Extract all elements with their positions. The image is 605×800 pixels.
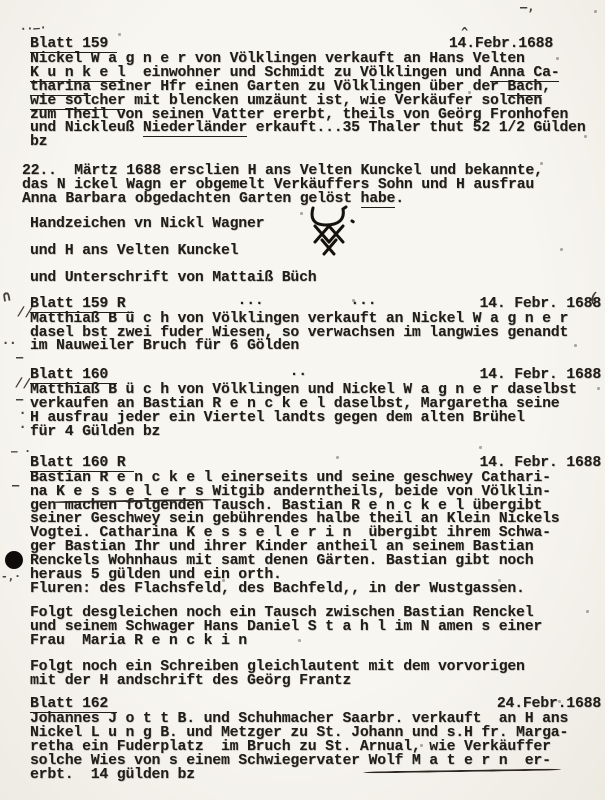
record-date: 14. Febr. 1688 <box>479 298 601 312</box>
pencil-dash-2: – <box>16 393 23 405</box>
document-text: Blatt 15914.Febr.1688Nickel W a g n e r … <box>30 38 601 783</box>
text-segment: für 4 Gülden bz <box>30 424 160 440</box>
pencil-dot-2: · <box>19 421 26 433</box>
text-line: mit der H andschrift des Geörg Frantz <box>30 675 601 689</box>
paragraph: Nickel W a g n e r von Völklingen verkau… <box>30 53 601 150</box>
paragraph: Matthiaß B ü c h von Völklingen verkauft… <box>30 313 601 355</box>
scan-speck <box>594 10 597 13</box>
pencil-arc: ∩ <box>1 288 12 304</box>
text-segment: K e s s e l e r s <box>56 484 204 500</box>
signature-text: und Unterschrift von Mattaiß Büch <box>30 270 316 286</box>
record-date: 14.Febr.1688 <box>449 38 553 52</box>
pencil-dash-4: – <box>12 479 19 491</box>
text-segment: erbt. 14 gülden bz <box>30 767 195 783</box>
text-segment: Fluren: des Flachsfeld, des Bachfeld,, i… <box>30 581 525 597</box>
text-segment: Wolf M a t e r n er- <box>369 753 551 769</box>
text-segment: Frau Maria R e n c k i n <box>30 633 247 649</box>
pencil-scribble-top-left: ··–· <box>20 22 47 35</box>
text-line: Frau Maria R e n c k i n <box>30 635 601 649</box>
hole-punch-mark <box>5 551 23 569</box>
pencil-dash-top-right: –‚ <box>520 1 534 13</box>
record-date: 14. Febr. 1688 <box>479 457 601 471</box>
signature-line: und Unterschrift von Mattaiß Büch <box>30 272 601 286</box>
scanned-document-page: ··–·–‚^∩//··–//–··– ·–(-‚· Blatt 15914.F… <box>0 0 605 800</box>
text-line: bz <box>30 136 601 150</box>
signature-line: und H ans Velten Kunckel <box>30 245 601 259</box>
text-segment: mit der H andschrift des Geörg Frantz <box>30 673 351 689</box>
handwritten-double-x-mark <box>312 222 348 258</box>
heading-pencil-dots: ··· ··· <box>134 298 479 312</box>
text-segment: habe <box>361 191 396 208</box>
text-line: im Nauweiler Bruch für 6 Gölden <box>30 340 601 354</box>
scan-speck <box>118 33 121 36</box>
text-line: Fluren: des Flachsfeld, des Bachfeld,, i… <box>30 583 601 597</box>
pencil-dash-3: – · <box>11 446 31 457</box>
paragraph: 22.. Märtz 1688 ersclien H ans Velten Ku… <box>22 165 601 207</box>
signature-block: Handzeichen vn Nickl Wagnerund H ans Vel… <box>30 218 601 286</box>
pencil-marks-below-hole: -‚· <box>1 571 21 582</box>
text-segment: bz <box>30 134 47 150</box>
paragraph: Folgt noch ein Schreiben gleichlautent m… <box>30 661 601 689</box>
pencil-dots-left: ·· <box>2 337 16 349</box>
slash-mark-blatt160: // <box>14 376 31 391</box>
paragraph: Matthiaß B ü c h von Völklingen und Nick… <box>30 384 601 440</box>
text-segment: erkauft...35 Thaler thut 52 1/2 Gülden <box>247 120 586 136</box>
pencil-dash-1: – <box>16 351 23 363</box>
paragraph: Folgt desgleichen noch ein Tausch zwisch… <box>30 607 601 649</box>
text-segment: Niederländer <box>143 120 247 137</box>
signature-text: Handzeichen vn Nickl Wagner <box>30 216 264 232</box>
text-segment: im Nauweiler Bruch für 6 Gölden <box>30 338 299 354</box>
signature-text: und H ans Velten Kunckel <box>30 243 238 259</box>
text-segment: , <box>542 79 551 95</box>
pencil-dot-1: · <box>19 407 26 419</box>
paragraph: Bastian R e n c k e l einerseits und sei… <box>30 472 601 597</box>
text-segment: . <box>395 191 404 207</box>
text-line: und Nickleuß Niederländer erkauft...35 T… <box>30 122 601 136</box>
text-line: für 4 Gülden bz <box>30 426 601 440</box>
paragraph: Johannes J o t t B. und Schuhmacher Saar… <box>30 713 601 783</box>
